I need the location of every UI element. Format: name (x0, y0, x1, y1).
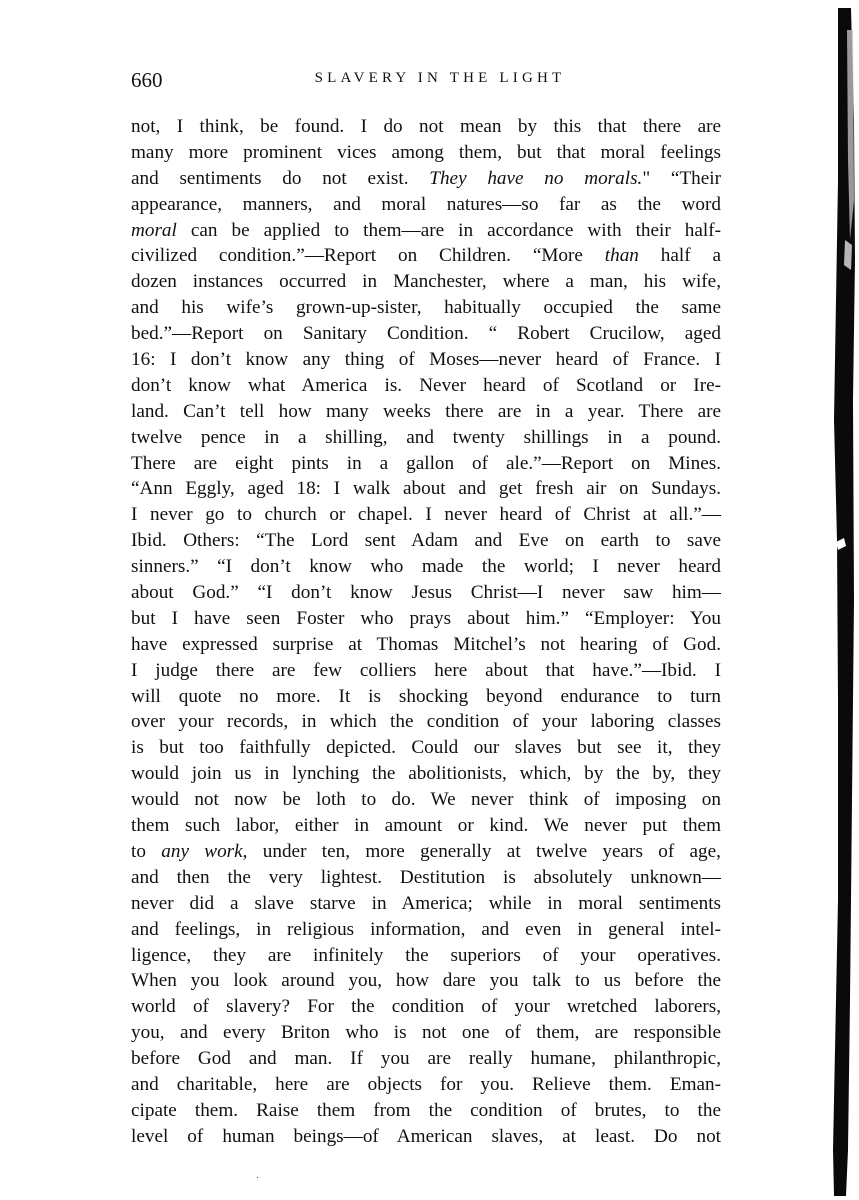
text-line: and then the very lightest. Destitution … (131, 865, 721, 891)
text-line: don’t know what America is. Never heard … (131, 373, 721, 399)
text-line: you, and every Briton who is not one of … (131, 1020, 721, 1046)
body-text: not, I think, be found. I do not mean by… (131, 114, 721, 1150)
text-line: appearance, manners, and moral natures—s… (131, 192, 721, 218)
text-line: and charitable, here are objects for you… (131, 1072, 721, 1098)
footer-mark: ˙ (256, 1176, 259, 1187)
text-line: moral can be applied to them—are in acco… (131, 218, 721, 244)
text-line: sinners.” “I don’t know who made the wor… (131, 554, 721, 580)
text-line: level of human beings—of American slaves… (131, 1124, 721, 1150)
text-line: cipate them. Raise them from the conditi… (131, 1098, 721, 1124)
book-page: 660 SLAVERY IN THE LIGHT not, I think, b… (0, 0, 859, 1200)
italic-phrase: moral (131, 220, 177, 241)
text-line: have expressed surprise at Thomas Mitche… (131, 632, 721, 658)
text-line: about God.” “I don’t know Jesus Christ—I… (131, 580, 721, 606)
text-line: would join us in lynching the abolitioni… (131, 761, 721, 787)
text-line: many more prominent vices among them, bu… (131, 140, 721, 166)
text-line: and sentiments do not exist. They have n… (131, 166, 721, 192)
text-line: will quote no more. It is shocking beyon… (131, 684, 721, 710)
text-line: 16: I don’t know any thing of Moses—neve… (131, 347, 721, 373)
text-line: land. Can’t tell how many weeks there ar… (131, 399, 721, 425)
italic-phrase: any work (161, 841, 242, 862)
running-title: SLAVERY IN THE LIGHT (131, 70, 721, 87)
text-line: and feelings, in religious information, … (131, 917, 721, 943)
text-line: Ibid. Others: “The Lord sent Adam and Ev… (131, 528, 721, 554)
italic-phrase: They have no morals. (429, 168, 642, 189)
text-line: “Ann Eggly, aged 18: I walk about and ge… (131, 476, 721, 502)
text-line: world of slavery? For the condition of y… (131, 994, 721, 1020)
text-line: dozen instances occurred in Manchester, … (131, 269, 721, 295)
text-line: I never go to church or chapel. I never … (131, 502, 721, 528)
text-line: There are eight pints in a gallon of ale… (131, 451, 721, 477)
text-line: When you look around you, how dare you t… (131, 968, 721, 994)
text-line: but I have seen Foster who prays about h… (131, 606, 721, 632)
text-line: never did a slave starve in America; whi… (131, 891, 721, 917)
text-line: I judge there are few colliers here abou… (131, 658, 721, 684)
running-head: 660 SLAVERY IN THE LIGHT (131, 68, 721, 94)
text-line: them such labor, either in amount or kin… (131, 813, 721, 839)
text-line: before God and man. If you are really hu… (131, 1046, 721, 1072)
text-line: bed.”—Report on Sanitary Condition. “ Ro… (131, 321, 721, 347)
text-line: to any work, under ten, more generally a… (131, 839, 721, 865)
text-line: twelve pence in a shilling, and twenty s… (131, 425, 721, 451)
text-line: civilized condition.”—Report on Children… (131, 243, 721, 269)
text-line: would not now be loth to do. We never th… (131, 787, 721, 813)
text-line: over your records, in which the conditio… (131, 709, 721, 735)
text-line: ligence, they are infinitely the superio… (131, 943, 721, 969)
text-line: and his wife’s grown-up-sister, habitual… (131, 295, 721, 321)
text-line: not, I think, be found. I do not mean by… (131, 114, 721, 140)
text-line: is but too faithfully depicted. Could ou… (131, 735, 721, 761)
italic-phrase: than (605, 245, 639, 266)
